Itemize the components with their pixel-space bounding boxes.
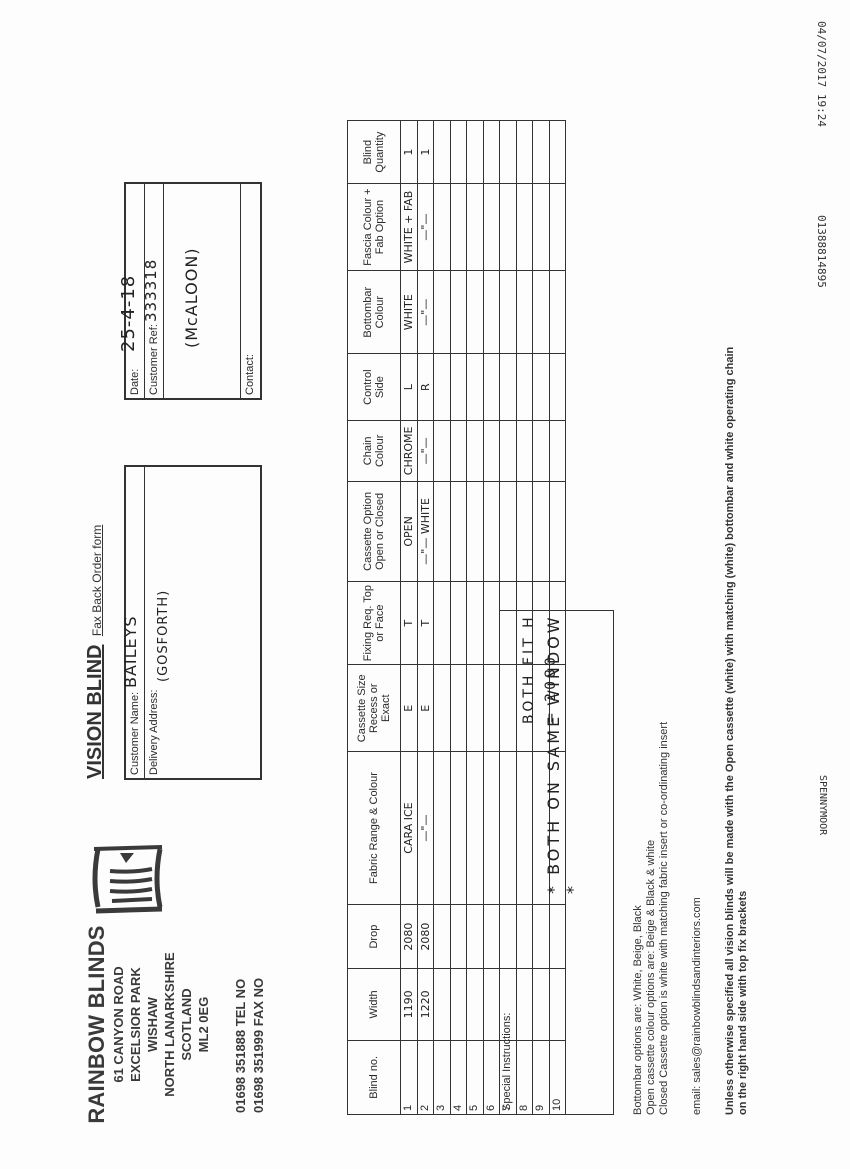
table-cell[interactable] [516,354,533,420]
table-cell[interactable] [434,905,451,969]
table-cell[interactable] [467,481,484,581]
delivery-address-label: Delivery Address: [148,689,160,775]
column-header: Bottombar Colour [348,270,401,354]
table-cell[interactable] [434,121,451,184]
customer-name-label: Customer Name: [129,692,141,775]
form-title-sub: Fax Back Order form [90,525,104,636]
table-cell[interactable] [450,481,467,581]
table-cell[interactable] [434,184,451,271]
fax-sender: SPENNYMOOR [817,775,828,835]
table-cell[interactable] [434,581,451,665]
table-cell[interactable] [450,184,467,271]
table-cell[interactable] [483,270,500,354]
table-row: 3 [434,121,451,1115]
table-cell[interactable] [483,581,500,665]
note-default-spec-1: Unless otherwise specified all vision bl… [724,347,736,1115]
table-cell[interactable] [549,481,566,581]
table-cell[interactable] [516,481,533,581]
table-cell[interactable] [467,905,484,969]
table-cell[interactable]: R [417,354,434,420]
tel-number: 01698 351888 TEL NO [232,922,250,1113]
table-cell[interactable] [533,270,550,354]
customer-ref-label: Customer Ref: [148,324,160,395]
table-cell[interactable]: WHITE + FAB [401,184,418,271]
table-cell[interactable] [516,121,533,184]
company-name: RAINBOW BLINDS [84,922,110,1127]
column-header: Fixing Req. Top or Face [348,581,401,665]
special-instructions-box: Special Instructions: * BOTH ON SAME WIN… [500,610,614,1115]
table-cell[interactable] [483,969,500,1040]
note-bottombar: Bottombar options are: White, Beige, Bla… [632,347,645,1115]
table-cell[interactable] [549,270,566,354]
blind-number-cell: 6 [483,1040,500,1114]
note-email[interactable]: email: sales@rainbowblindsandinteriors.c… [691,347,704,1115]
form-title-main: VISION BLIND [84,645,106,779]
table-cell[interactable] [434,752,451,905]
customer-ref-field[interactable]: 333318 [142,259,160,322]
customer-name-field[interactable]: BAILEYS [122,615,140,688]
table-cell[interactable] [549,121,566,184]
note-default-spec-2: on the right hand side with top fix brac… [737,891,749,1115]
table-row: 6 [483,121,500,1115]
address-line: SCOTLAND [178,922,195,1127]
table-cell[interactable] [450,270,467,354]
table-cell[interactable] [467,354,484,420]
table-cell[interactable] [516,184,533,271]
table-cell[interactable] [483,420,500,481]
table-cell[interactable] [533,481,550,581]
table-cell[interactable]: —"— [417,184,434,271]
table-cell[interactable] [483,481,500,581]
table-cell[interactable] [450,752,467,905]
customer-ref-note: (McALOON) [182,247,201,348]
table-cell[interactable] [434,969,451,1040]
table-cell[interactable]: —"— [417,270,434,354]
table-cell[interactable] [483,665,500,752]
table-row: 212202080—"—ET—"— WHITE—"—R—"——"—1 [417,121,434,1115]
address-line: EXCELSIOR PARK [127,922,144,1127]
column-header: Blind Quantity [348,121,401,184]
table-cell[interactable]: L [401,354,418,420]
notes-block: Bottombar options are: White, Beige, Bla… [632,347,750,1115]
table-cell[interactable]: T [417,581,434,665]
table-row: 111902080CARA ICEETOPENCHROMELWHITEWHITE… [401,121,418,1115]
blind-logo-icon [88,839,168,919]
table-cell[interactable] [467,121,484,184]
table-cell[interactable]: —"— WHITE [417,481,434,581]
table-cell[interactable] [467,969,484,1040]
table-cell[interactable] [434,481,451,581]
table-cell[interactable] [434,420,451,481]
table-cell[interactable] [467,752,484,905]
address-line: WISHAW [144,922,161,1127]
company-block: RAINBOW BLINDS 61 CANYON ROAD EXCELSIOR … [84,922,268,1127]
blind-number-cell: 1 [401,1040,418,1114]
blind-number-cell: 5 [467,1040,484,1114]
table-cell[interactable]: 2080 [401,905,418,969]
table-cell[interactable] [533,121,550,184]
address-line: NORTH LANARKSHIRE [161,922,178,1127]
table-cell[interactable]: OPEN [401,481,418,581]
date-field[interactable]: 25-4-18 [120,275,138,352]
fax-number: 01388814895 [815,215,828,288]
table-cell[interactable] [500,270,517,354]
fax-number: 01698 351999 FAX NO [250,922,268,1113]
table-cell[interactable]: E [401,665,418,752]
address-line: ML2 0EG [195,922,212,1127]
contact-label: Contact: [244,354,256,395]
fax-datetime: 04/07/2017 19:24 [815,21,828,127]
column-header: Blind no. [348,1040,401,1114]
fax-transmission-header: 04/07/2017 19:24 01388814895 SPENNYMOOR [806,15,836,1115]
table-cell[interactable] [483,752,500,905]
table-cell[interactable] [500,420,517,481]
table-cell[interactable]: WHITE [401,270,418,354]
table-cell[interactable] [467,665,484,752]
table-cell[interactable] [450,905,467,969]
table-cell[interactable] [533,354,550,420]
blind-number-cell: 3 [434,1040,451,1114]
date-label: Date: [129,369,141,395]
table-cell[interactable]: T [401,581,418,665]
customer-box: Customer Name: BAILEYS Delivery Address:… [124,465,262,780]
table-cell[interactable] [500,184,517,271]
table-cell[interactable]: 2080 [417,905,434,969]
column-header: Chain Colour [348,420,401,481]
table-cell[interactable] [516,420,533,481]
table-cell[interactable] [483,905,500,969]
blind-number-cell: 4 [450,1040,467,1114]
table-cell[interactable] [483,354,500,420]
table-cell[interactable] [434,665,451,752]
table-cell[interactable]: 1 [401,121,418,184]
table-cell[interactable]: E [417,665,434,752]
table-cell[interactable] [434,270,451,354]
table-cell[interactable] [549,184,566,271]
fax-order-form-page: RAINBOW BLINDS 61 CANYON ROAD EXCELSIOR … [0,0,850,1169]
column-header: Fascia Colour + Fab Option [348,184,401,271]
table-cell[interactable]: —"— [417,420,434,481]
table-cell[interactable] [434,354,451,420]
column-header: Width [348,969,401,1040]
column-header: Fabric Range & Colour [348,752,401,905]
table-cell[interactable]: 1 [417,121,434,184]
special-instructions-label: Special Instructions: [500,611,514,1114]
table-cell[interactable]: 1220 [417,969,434,1040]
table-cell[interactable] [450,121,467,184]
note-closed-cassette: Closed Cassette option is white with mat… [658,347,671,1115]
table-cell[interactable] [500,354,517,420]
table-cell[interactable]: CHROME [401,420,418,481]
table-cell[interactable] [483,121,500,184]
column-header: Cassette Option Open or Closed [348,481,401,581]
table-cell[interactable] [549,420,566,481]
table-cell[interactable] [533,420,550,481]
table-cell[interactable] [450,354,467,420]
order-info-box: Date: 25-4-18 Customer Ref: 333318 (McAL… [124,182,262,400]
table-cell[interactable] [467,420,484,481]
table-row: 4 [450,121,467,1115]
table-cell[interactable] [500,481,517,581]
table-cell[interactable] [467,270,484,354]
delivery-address-field[interactable]: (GOSFORTH) [155,590,173,682]
column-header: Control Side [348,354,401,420]
note-open-cassette: Open cassette colour options are: Beige … [645,347,658,1115]
table-cell[interactable] [467,184,484,271]
column-header: Cassette Size Recess or Exact [348,665,401,752]
table-cell[interactable] [450,420,467,481]
table-cell[interactable] [549,354,566,420]
blind-number-cell: 2 [417,1040,434,1114]
table-cell[interactable] [483,184,500,271]
table-cell[interactable] [533,184,550,271]
column-header: Drop [348,905,401,969]
address-line: 61 CANYON ROAD [110,922,127,1127]
table-cell[interactable] [450,581,467,665]
table-cell[interactable] [516,270,533,354]
table-cell[interactable]: CARA ICE [401,752,418,905]
table-cell[interactable] [467,581,484,665]
table-row: 5 [467,121,484,1115]
table-cell[interactable] [500,121,517,184]
special-instructions-handwritten-2[interactable]: BOTH FIT H = 2080 [518,611,562,724]
table-header-row: Blind no.WidthDropFabric Range & ColourC… [348,121,401,1115]
table-cell[interactable]: 1190 [401,969,418,1040]
table-cell[interactable] [450,665,467,752]
table-cell[interactable]: —"— [417,752,434,905]
form-title: VISION BLIND Fax Back Order form [84,525,107,779]
table-cell[interactable] [450,969,467,1040]
